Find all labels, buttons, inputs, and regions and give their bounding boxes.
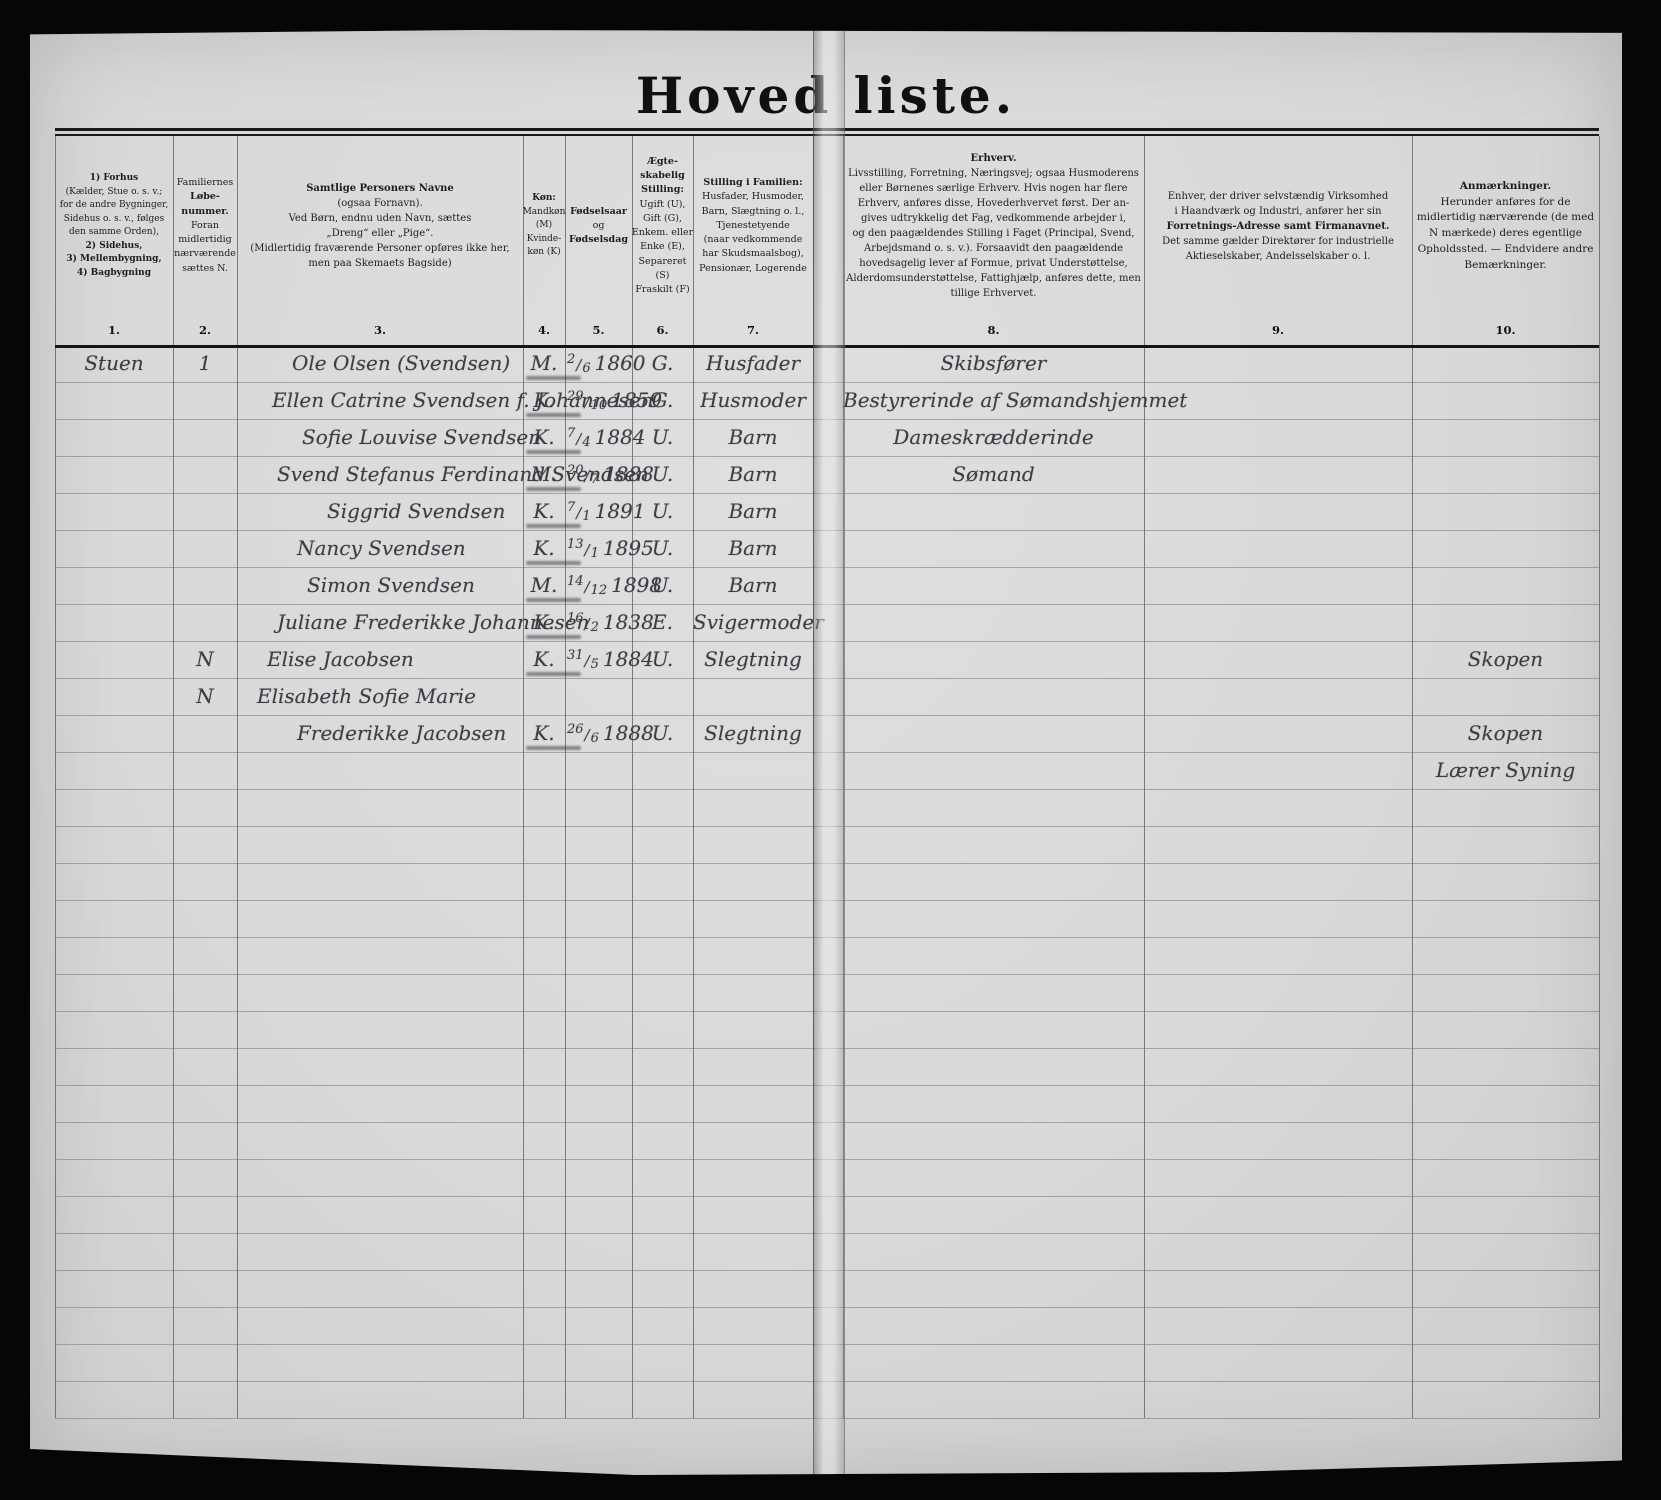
header-line: Forretnings-Adresse samt Firmanavnet. xyxy=(1167,219,1390,234)
occupation-cell: Bestyrerinde af Sømandshjemmet xyxy=(843,382,1144,419)
marital-status-cell: U. xyxy=(632,715,693,752)
birth-day: 29 xyxy=(567,389,584,404)
family-position-cell: Slegtning xyxy=(693,715,813,752)
column-header-1: 1) Forhus(Kælder, Stue o. s. v.;for de a… xyxy=(55,140,173,312)
birth-day: 16 xyxy=(567,611,584,626)
header-line: Sidehus o. s. v., følges xyxy=(64,213,164,227)
header-line: Køn: xyxy=(532,192,556,206)
header-line: nærværende xyxy=(174,247,236,261)
marital-status-cell: U. xyxy=(632,641,693,678)
header-line: Erhverv. xyxy=(971,151,1017,166)
column-number-2: 2. xyxy=(173,318,237,342)
birth-slash: / xyxy=(585,541,590,559)
column-header-10: Anmærkninger.Herunder anføres for demidl… xyxy=(1412,140,1599,312)
header-line: Arbejdsmand o. s. v.). Forsaavidt den pa… xyxy=(864,241,1123,256)
family-position-cell: Barn xyxy=(693,456,813,493)
birth-day: 13 xyxy=(567,537,584,552)
header-line: Aktieselskaber, Andelsselskaber o. l. xyxy=(1186,249,1371,264)
header-line: Pensionær, Logerende xyxy=(699,262,807,276)
remark-cell: Skopen xyxy=(1412,715,1599,752)
header-line: (Midlertidig fraværende Personer opføres… xyxy=(250,241,509,256)
marital-status-cell: U. xyxy=(632,456,693,493)
birth-day: 20 xyxy=(567,463,584,478)
family-position-cell: Barn xyxy=(693,419,813,456)
header-line: og den paagældendes Stilling i Faget (Pr… xyxy=(852,226,1134,241)
header-line: (ogsaa Fornavn). xyxy=(337,196,422,211)
header-line: (M) xyxy=(536,219,552,233)
birth-day: 14 xyxy=(567,574,584,589)
document-page: Hoved liste. 1) Forhus(Kælder, Stue o. s… xyxy=(30,30,1622,1475)
occupation-cell: Skibsfører xyxy=(843,345,1144,382)
birth-slash: / xyxy=(585,652,590,670)
header-line: Kvinde- xyxy=(527,233,562,247)
column-number-3: 3. xyxy=(237,318,523,342)
marital-status-cell: G. xyxy=(632,382,693,419)
page-fold xyxy=(813,30,845,1475)
birth-day: 2 xyxy=(567,352,575,367)
header-line: Tjenestetyende xyxy=(716,219,790,233)
family-position-cell: Husmoder xyxy=(693,382,813,419)
birth-day: 31 xyxy=(567,648,584,663)
header-line: Anmærkninger. xyxy=(1460,179,1551,195)
column-number-1: 1. xyxy=(55,318,173,342)
header-line: Alderdomsunderstøttelse, Fattighjælp, an… xyxy=(846,271,1141,286)
column-number-4: 4. xyxy=(523,318,565,342)
header-line: og xyxy=(593,219,605,233)
header-line: (Kælder, Stue o. s. v.; xyxy=(66,186,163,200)
header-line: eller Børnenes særlige Erhverv. Hvis nog… xyxy=(859,181,1127,196)
name-cell: Siggrid Svendsen xyxy=(327,493,505,530)
birth-slash: / xyxy=(576,356,581,374)
column-number-8: 8. xyxy=(843,318,1144,342)
marital-status-cell: U. xyxy=(632,530,693,567)
header-line: Ved Børn, endnu uden Navn, sættes xyxy=(289,211,472,226)
header-line: Separeret xyxy=(638,255,686,269)
marital-status-cell: U. xyxy=(632,419,693,456)
header-line: i Haandværk og Industri, anfører her sin xyxy=(1174,204,1381,219)
birth-day: 7 xyxy=(567,500,575,515)
remark-cell: Lærer Syning xyxy=(1412,752,1599,789)
header-line: Mandkøn xyxy=(523,206,566,220)
column-number-10: 10. xyxy=(1412,318,1599,342)
header-line: Fødselsdag xyxy=(569,233,628,247)
header-line: N mærkede) deres egentlige xyxy=(1429,226,1582,242)
column-number-9: 9. xyxy=(1144,318,1412,342)
name-cell: Ole Olsen (Svendsen) xyxy=(292,345,510,382)
header-line: gives udtrykkelig det Fag, vedkommende a… xyxy=(861,211,1126,226)
header-line: Bemærkninger. xyxy=(1464,258,1546,274)
birth-slash: / xyxy=(576,504,581,522)
birth-month: 1 xyxy=(591,546,599,561)
header-line: den samme Orden), xyxy=(69,226,159,240)
birth-month: 12 xyxy=(591,583,608,598)
family-number-cell: N xyxy=(173,678,237,715)
occupation-cell: Dameskrædderinde xyxy=(843,419,1144,456)
header-line: Løbe- xyxy=(190,190,220,204)
header-line: for de andre Bygninger, xyxy=(60,199,168,213)
column-number-6: 6. xyxy=(632,318,693,342)
column-header-9: Enhver, der driver selvstændig Virksomhe… xyxy=(1144,140,1412,312)
dwelling-cell: Stuen xyxy=(55,345,173,382)
column-header-5: FødselsaarogFødselsdag xyxy=(565,140,632,312)
header-line: nummer. xyxy=(181,205,228,219)
header-line: Enkem. eller xyxy=(632,226,693,240)
header-line: Opholdssted. — Endvidere andre xyxy=(1418,242,1594,258)
remark-cell: Skopen xyxy=(1412,641,1599,678)
column-header-7: Stilling i Familien:Husfader, Husmoder,B… xyxy=(693,140,813,312)
header-line: 3) Mellembygning, xyxy=(66,253,161,267)
marital-status-cell: U. xyxy=(632,567,693,604)
column-number-5: 5. xyxy=(565,318,632,342)
header-line: sættes N. xyxy=(182,262,228,276)
family-number-cell: N xyxy=(173,641,237,678)
birth-slash: / xyxy=(585,578,590,596)
birth-month: 1 xyxy=(582,509,590,524)
header-line: Livsstilling, Forretning, Næringsvej; og… xyxy=(848,166,1139,181)
header-line: Foran xyxy=(191,219,219,233)
marital-status-cell: G. xyxy=(632,345,693,382)
family-position-cell: Barn xyxy=(693,567,813,604)
header-line: har Skudsmaalsbog), xyxy=(702,247,804,261)
header-line: Ægte- xyxy=(647,155,678,169)
column-header-8: Erhverv.Livsstilling, Forretning, Næring… xyxy=(843,140,1144,312)
name-cell: Simon Svendsen xyxy=(307,567,475,604)
header-line: Samtlige Personers Navne xyxy=(306,181,454,196)
column-header-6: Ægte-skabeligStilling:Ugift (U),Gift (G)… xyxy=(632,140,693,312)
header-line: Gift (G), xyxy=(643,212,682,226)
header-line: tillige Erhvervet. xyxy=(951,286,1037,301)
name-cell: Elise Jacobsen xyxy=(267,641,414,678)
header-line: 2) Sidehus, xyxy=(86,240,143,254)
header-line: skabelig xyxy=(640,169,685,183)
birth-slash: / xyxy=(576,430,581,448)
birth-slash: / xyxy=(585,393,590,411)
family-position-cell: Svigermoder xyxy=(693,604,813,641)
name-cell: Elisabeth Sofie Marie xyxy=(257,678,476,715)
header-line: Fraskilt (F) xyxy=(635,283,689,297)
birth-slash: / xyxy=(585,615,590,633)
header-line: Det samme gælder Direktører for industri… xyxy=(1162,234,1394,249)
header-line: 4) Bagbygning xyxy=(77,267,151,281)
birth-slash: / xyxy=(585,467,590,485)
name-cell: Sofie Louvise Svendsen xyxy=(302,419,541,456)
header-line: midlertidig xyxy=(178,233,231,247)
birth-day: 7 xyxy=(567,426,575,441)
header-line: Barn, Slægtning o. l., xyxy=(702,205,805,219)
header-line: midlertidig nærværende (de med xyxy=(1417,210,1594,226)
header-line: Enhver, der driver selvstændig Virksomhe… xyxy=(1168,189,1389,204)
header-line: køn (K) xyxy=(527,246,560,260)
column-header-2: FamiliernesLøbe-nummer.Foranmidlertidign… xyxy=(173,140,237,312)
name-cell: Nancy Svendsen xyxy=(297,530,466,567)
occupation-cell: Sømand xyxy=(843,456,1144,493)
header-line: Enke (E), xyxy=(640,240,685,254)
column-header-4: Køn:Mandkøn(M)Kvinde-køn (K) xyxy=(523,140,565,312)
header-line: hovedsagelig lever af Formue, privat Und… xyxy=(859,256,1127,271)
header-line: (S) xyxy=(656,269,670,283)
birth-month: 2 xyxy=(591,620,599,635)
scanned-census-spread: { "page": { "title": "Hoved liste." }, "… xyxy=(0,0,1661,1500)
family-position-cell: Barn xyxy=(693,530,813,567)
header-line: „Dreng“ eller „Pige“. xyxy=(327,226,434,241)
header-line: Familiernes xyxy=(177,176,234,190)
birth-month: 5 xyxy=(591,657,599,672)
birth-day: 26 xyxy=(567,722,584,737)
marital-status-cell: U. xyxy=(632,493,693,530)
header-line: Fødselsaar xyxy=(570,205,627,219)
family-position-cell: Barn xyxy=(693,493,813,530)
birth-month: 6 xyxy=(591,731,599,746)
header-line: 1) Forhus xyxy=(90,172,138,186)
header-line: (naar vedkommende xyxy=(704,233,803,247)
header-line: men paa Skemaets Bagside) xyxy=(308,256,451,271)
marital-status-cell: E. xyxy=(632,604,693,641)
birth-month: 4 xyxy=(582,435,590,450)
header-line: Herunder anføres for de xyxy=(1441,195,1571,211)
birth-slash: / xyxy=(585,726,590,744)
header-line: Stilling: xyxy=(641,183,684,197)
birth-month: 7 xyxy=(591,472,599,487)
column-number-7: 7. xyxy=(693,318,813,342)
header-line: Stilling i Familien: xyxy=(703,176,802,190)
header-line: Ugift (U), xyxy=(640,198,686,212)
birth-month: 6 xyxy=(582,361,590,376)
column-header-3: Samtlige Personers Navne(ogsaa Fornavn).… xyxy=(237,140,523,312)
family-number-cell: 1 xyxy=(173,345,237,382)
family-position-cell: Slegtning xyxy=(693,641,813,678)
name-cell: Frederikke Jacobsen xyxy=(297,715,506,752)
birth-month: 10 xyxy=(591,398,608,413)
header-line: Erhverv, anføres disse, Hovederhvervet f… xyxy=(858,196,1130,211)
header-line: Husfader, Husmoder, xyxy=(702,190,804,204)
family-position-cell: Husfader xyxy=(693,345,813,382)
